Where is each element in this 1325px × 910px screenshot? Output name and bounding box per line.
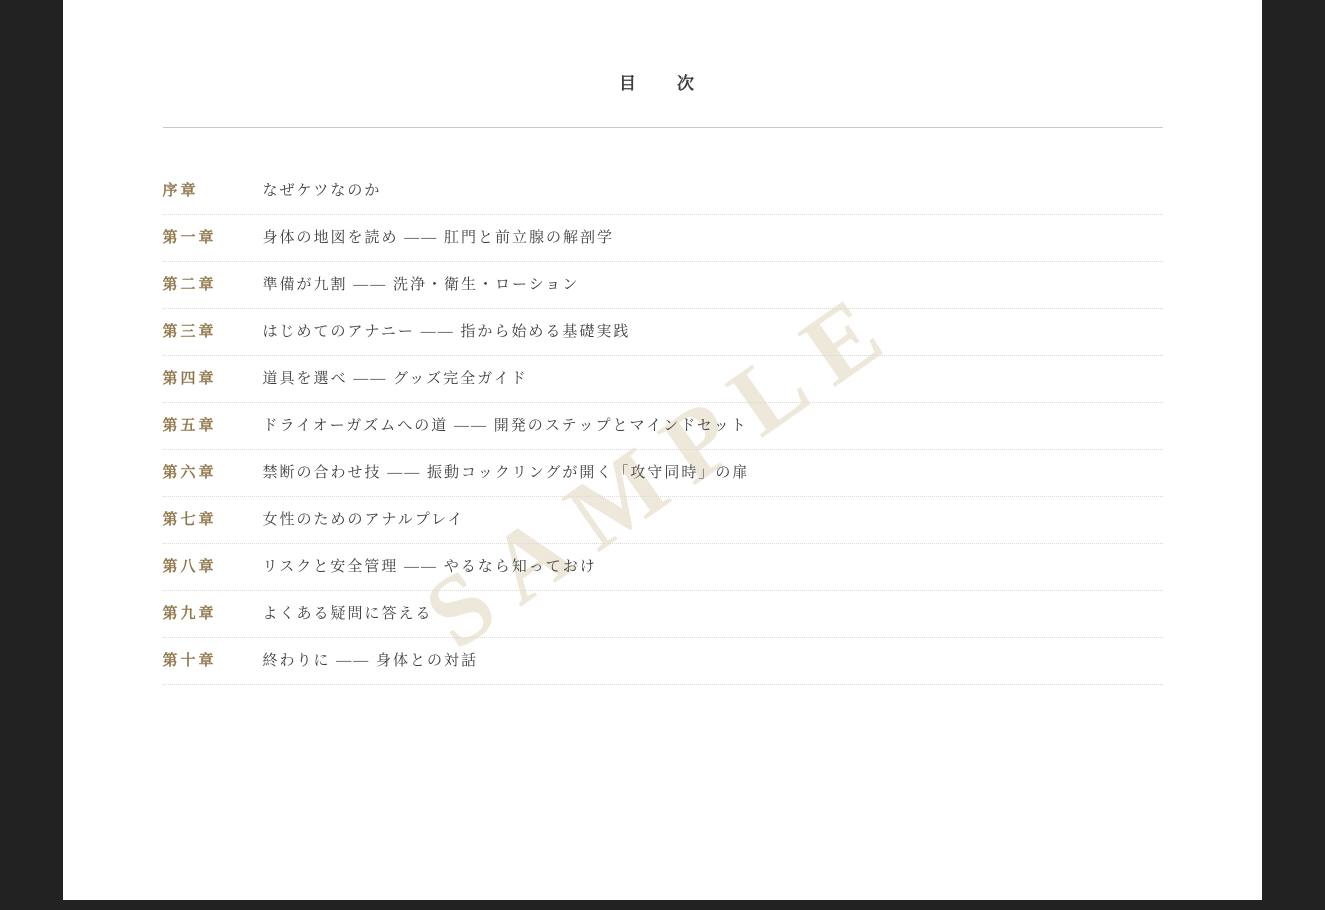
toc-row: 第六章 禁断の合わせ技 —— 振動コックリングが開く「攻守同時」の扉 (163, 450, 1163, 497)
chapter-label: 第三章 (163, 321, 263, 343)
chapter-label: 第七章 (163, 509, 263, 531)
chapter-title: リスクと安全管理 —— やるなら知っておけ (263, 556, 597, 578)
toc-row: 序章 なぜケツなのか (163, 168, 1163, 215)
chapter-label: 第五章 (163, 415, 263, 437)
chapter-label: 序章 (163, 180, 263, 202)
chapter-label: 第二章 (163, 274, 263, 296)
chapter-label: 第九章 (163, 603, 263, 625)
toc-row: 第九章 よくある疑問に答える (163, 591, 1163, 638)
toc-row: 第七章 女性のためのアナルプレイ (163, 497, 1163, 544)
toc-row: 第二章 準備が九割 —— 洗浄・衛生・ローション (163, 262, 1163, 309)
chapter-label: 第四章 (163, 368, 263, 390)
chapter-title: 身体の地図を読め —— 肛門と前立腺の解剖学 (263, 227, 615, 249)
page-title: 目 次 (163, 72, 1163, 96)
chapter-title: ドライオーガズムへの道 —— 開発のステップとマインドセット (263, 415, 748, 437)
toc-row: 第五章 ドライオーガズムへの道 —— 開発のステップとマインドセット (163, 403, 1163, 450)
toc-row: 第三章 はじめてのアナニー —— 指から始める基礎実践 (163, 309, 1163, 356)
chapter-title: 禁断の合わせ技 —— 振動コックリングが開く「攻守同時」の扉 (263, 462, 750, 484)
chapter-title: 準備が九割 —— 洗浄・衛生・ローション (263, 274, 580, 296)
chapter-title: 女性のためのアナルプレイ (263, 509, 465, 531)
app-background: { "page": { "title": "目 次", "watermark":… (0, 0, 1325, 910)
document-page: SAMPLE 目 次 序章 なぜケツなのか 第一章 身体の地図を読め —— 肛門… (63, 0, 1262, 900)
chapter-label: 第八章 (163, 556, 263, 578)
toc-list: 序章 なぜケツなのか 第一章 身体の地図を読め —— 肛門と前立腺の解剖学 第二… (163, 168, 1163, 685)
toc-row: 第八章 リスクと安全管理 —— やるなら知っておけ (163, 544, 1163, 591)
chapter-title: 終わりに —— 身体との対話 (263, 650, 479, 672)
toc-row: 第一章 身体の地図を読め —— 肛門と前立腺の解剖学 (163, 215, 1163, 262)
chapter-title: はじめてのアナニー —— 指から始める基礎実践 (263, 321, 631, 343)
chapter-title: なぜケツなのか (263, 180, 382, 202)
chapter-title: 道具を選べ —— グッズ完全ガイド (263, 368, 528, 390)
toc-content: 目 次 序章 なぜケツなのか 第一章 身体の地図を読め —— 肛門と前立腺の解剖… (163, 0, 1163, 685)
chapter-label: 第十章 (163, 650, 263, 672)
chapter-label: 第六章 (163, 462, 263, 484)
chapter-title: よくある疑問に答える (263, 603, 433, 625)
title-divider (163, 127, 1163, 128)
chapter-label: 第一章 (163, 227, 263, 249)
toc-row: 第十章 終わりに —— 身体との対話 (163, 638, 1163, 685)
toc-row: 第四章 道具を選べ —— グッズ完全ガイド (163, 356, 1163, 403)
